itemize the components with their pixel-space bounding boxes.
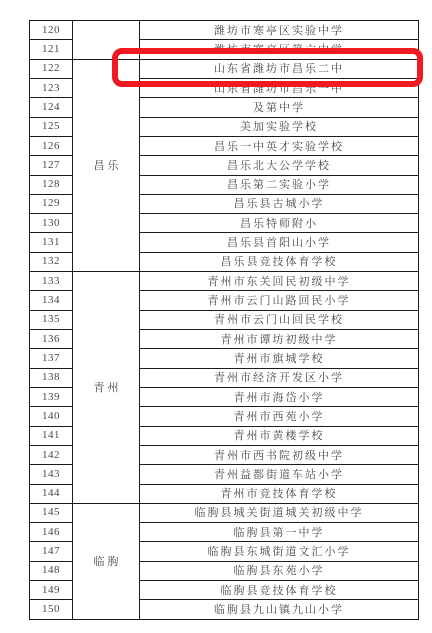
school-name-cell: 昌乐县古城小学: [140, 194, 419, 213]
school-name-cell: 青州市西苑小学: [140, 407, 419, 426]
school-name-cell: 青州市黄楼学校: [140, 426, 419, 445]
row-number-cell: 141: [30, 426, 73, 445]
table-row: 120潍坊市寒亭区实验中学: [30, 21, 419, 40]
row-number-cell: 137: [30, 349, 73, 368]
school-name-cell: 临朐县城关街道城关初级中学: [140, 503, 419, 522]
row-number-cell: 125: [30, 117, 73, 136]
table-row: 133青州青州市东关回民初级中学: [30, 272, 419, 291]
row-number-cell: 121: [30, 40, 73, 59]
table-row: 122昌乐山东省潍坊市昌乐二中: [30, 59, 419, 78]
row-number-cell: 136: [30, 330, 73, 349]
school-name-cell: 青州市云门山回民学校: [140, 310, 419, 329]
row-number-cell: 130: [30, 214, 73, 233]
row-number-cell: 142: [30, 445, 73, 464]
school-name-cell: 山东省潍坊市昌乐二中: [140, 59, 419, 78]
document-page: 120潍坊市寒亭区实验中学121潍坊市寒亭区第六中学122昌乐山东省潍坊市昌乐二…: [0, 0, 432, 633]
school-name-cell: 昌乐县竞技体育学校: [140, 252, 419, 271]
school-name-cell: 青州市旗城学校: [140, 349, 419, 368]
row-number-cell: 129: [30, 194, 73, 213]
school-name-cell: 青州益都街道车站小学: [140, 465, 419, 484]
school-name-cell: 山东省潍坊市昌乐一中: [140, 78, 419, 97]
region-cell: 临朐: [73, 503, 140, 619]
school-name-cell: 临朐县东城街道文汇小学: [140, 542, 419, 561]
row-number-cell: 134: [30, 291, 73, 310]
row-number-cell: 128: [30, 175, 73, 194]
row-number-cell: 124: [30, 98, 73, 117]
school-name-cell: 临朐县九山镇九山小学: [140, 600, 419, 619]
school-name-cell: 潍坊市寒亭区实验中学: [140, 21, 419, 40]
school-name-cell: 昌乐一中英才实验学校: [140, 136, 419, 155]
school-name-cell: 青州市谭坊初级中学: [140, 330, 419, 349]
row-number-cell: 127: [30, 156, 73, 175]
school-name-cell: 青州市东关回民初级中学: [140, 272, 419, 291]
school-name-cell: 青州市海岱小学: [140, 387, 419, 406]
row-number-cell: 135: [30, 310, 73, 329]
school-name-cell: 临朐县第一中学: [140, 523, 419, 542]
school-name-cell: 及第中学: [140, 98, 419, 117]
school-name-cell: 青州市经济开发区小学: [140, 368, 419, 387]
school-name-cell: 青州市西书院初级中学: [140, 445, 419, 464]
school-name-cell: 昌乐第二实验小学: [140, 175, 419, 194]
school-name-cell: 昌乐特师附小: [140, 214, 419, 233]
row-number-cell: 138: [30, 368, 73, 387]
row-number-cell: 150: [30, 600, 73, 619]
school-name-cell: 昌乐北大公学学校: [140, 156, 419, 175]
row-number-cell: 144: [30, 484, 73, 503]
table-body: 120潍坊市寒亭区实验中学121潍坊市寒亭区第六中学122昌乐山东省潍坊市昌乐二…: [30, 21, 419, 620]
row-number-cell: 143: [30, 465, 73, 484]
row-number-cell: 126: [30, 136, 73, 155]
row-number-cell: 147: [30, 542, 73, 561]
region-cell: 昌乐: [73, 59, 140, 271]
row-number-cell: 140: [30, 407, 73, 426]
row-number-cell: 120: [30, 21, 73, 40]
row-number-cell: 149: [30, 581, 73, 600]
row-number-cell: 148: [30, 561, 73, 580]
row-number-cell: 123: [30, 78, 73, 97]
school-name-cell: 青州市竞技体育学校: [140, 484, 419, 503]
row-number-cell: 133: [30, 272, 73, 291]
row-number-cell: 139: [30, 387, 73, 406]
row-number-cell: 132: [30, 252, 73, 271]
region-cell: [73, 21, 140, 60]
school-list-table: 120潍坊市寒亭区实验中学121潍坊市寒亭区第六中学122昌乐山东省潍坊市昌乐二…: [29, 20, 419, 620]
school-name-cell: 临朐县东苑小学: [140, 561, 419, 580]
school-name-cell: 临朐县竞技体育学校: [140, 581, 419, 600]
table-row: 145临朐临朐县城关街道城关初级中学: [30, 503, 419, 522]
school-name-cell: 美加实验学校: [140, 117, 419, 136]
school-name-cell: 潍坊市寒亭区第六中学: [140, 40, 419, 59]
row-number-cell: 131: [30, 233, 73, 252]
school-name-cell: 昌乐县首阳山小学: [140, 233, 419, 252]
region-cell: 青州: [73, 272, 140, 504]
row-number-cell: 146: [30, 523, 73, 542]
row-number-cell: 145: [30, 503, 73, 522]
row-number-cell: 122: [30, 59, 73, 78]
school-name-cell: 青州市云门山路回民小学: [140, 291, 419, 310]
